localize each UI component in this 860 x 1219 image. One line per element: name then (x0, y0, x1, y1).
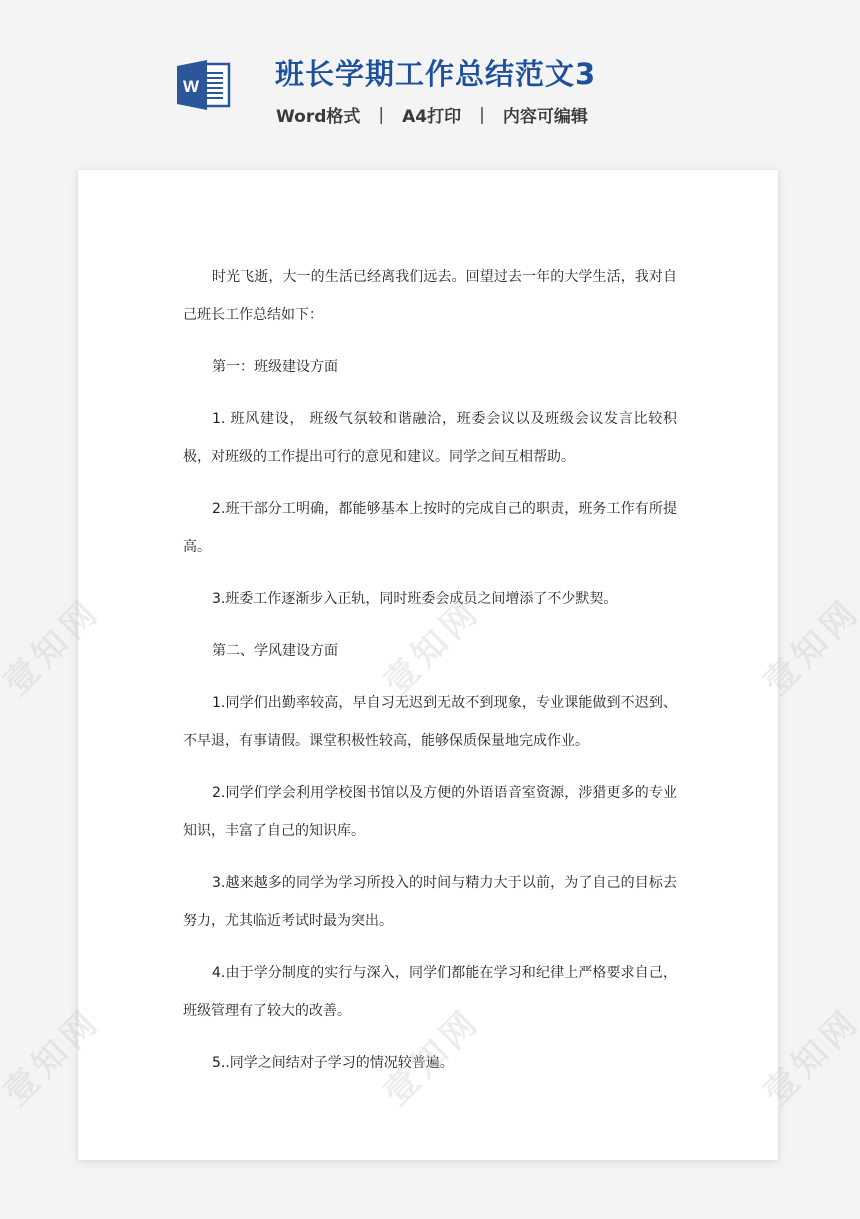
document-features: Word格式 | A4打印 | 内容可编辑 (276, 102, 588, 127)
paragraph-item: 3.班委工作逐渐步入正轨，同时班委会成员之间增添了不少默契。 (183, 580, 677, 618)
paragraph-item: 1. 班风建设， 班级气氛较和谐融洽，班委会议以及班级会议发言比较积极，对班级的… (183, 400, 677, 476)
section-heading-study-style: 第二、学风建设方面 (183, 632, 677, 670)
header: W 班长学期工作总结范文3 Word格式 | A4打印 | 内容可编辑 (0, 0, 860, 160)
paragraph-item: 2.同学们学会利用学校图书馆以及方便的外语语音室资源，涉猎更多的专业知识，丰富了… (183, 774, 677, 850)
paragraph-item: 1.同学们出勤率较高，早自习无迟到无故不到现象，专业课能做到不迟到、不早退，有事… (183, 684, 677, 760)
section-heading-class-building: 第一：班级建设方面 (183, 348, 677, 386)
document-page: 时光飞逝，大一的生活已经离我们远去。回望过去一年的大学生活，我对自己班长工作总结… (78, 170, 778, 1160)
paragraph-item: 2.班干部分工明确，都能够基本上按时的完成自己的职责，班务工作有所提高。 (183, 490, 677, 566)
separator: | (378, 105, 384, 125)
document-body: 时光飞逝，大一的生活已经离我们远去。回望过去一年的大学生活，我对自己班长工作总结… (183, 258, 677, 1096)
separator: | (479, 105, 485, 125)
feature-word-format: Word格式 (276, 102, 360, 127)
paragraph-item: 3.越来越多的同学为学习所投入的时间与精力大于以前，为了自己的目标去努力，尤其临… (183, 864, 677, 940)
feature-a4-print: A4打印 (402, 102, 461, 127)
paragraph-item: 4.由于学分制度的实行与深入，同学们都能在学习和纪律上严格要求自己，班级管理有了… (183, 954, 677, 1030)
document-title: 班长学期工作总结范文3 (275, 52, 596, 93)
word-document-icon: W (175, 58, 231, 112)
paragraph-intro: 时光飞逝，大一的生活已经离我们远去。回望过去一年的大学生活，我对自己班长工作总结… (183, 258, 677, 334)
feature-editable: 内容可编辑 (503, 102, 588, 127)
svg-text:W: W (183, 77, 200, 96)
paragraph-item: 5..同学之间结对子学习的情况较普遍。 (183, 1044, 677, 1082)
